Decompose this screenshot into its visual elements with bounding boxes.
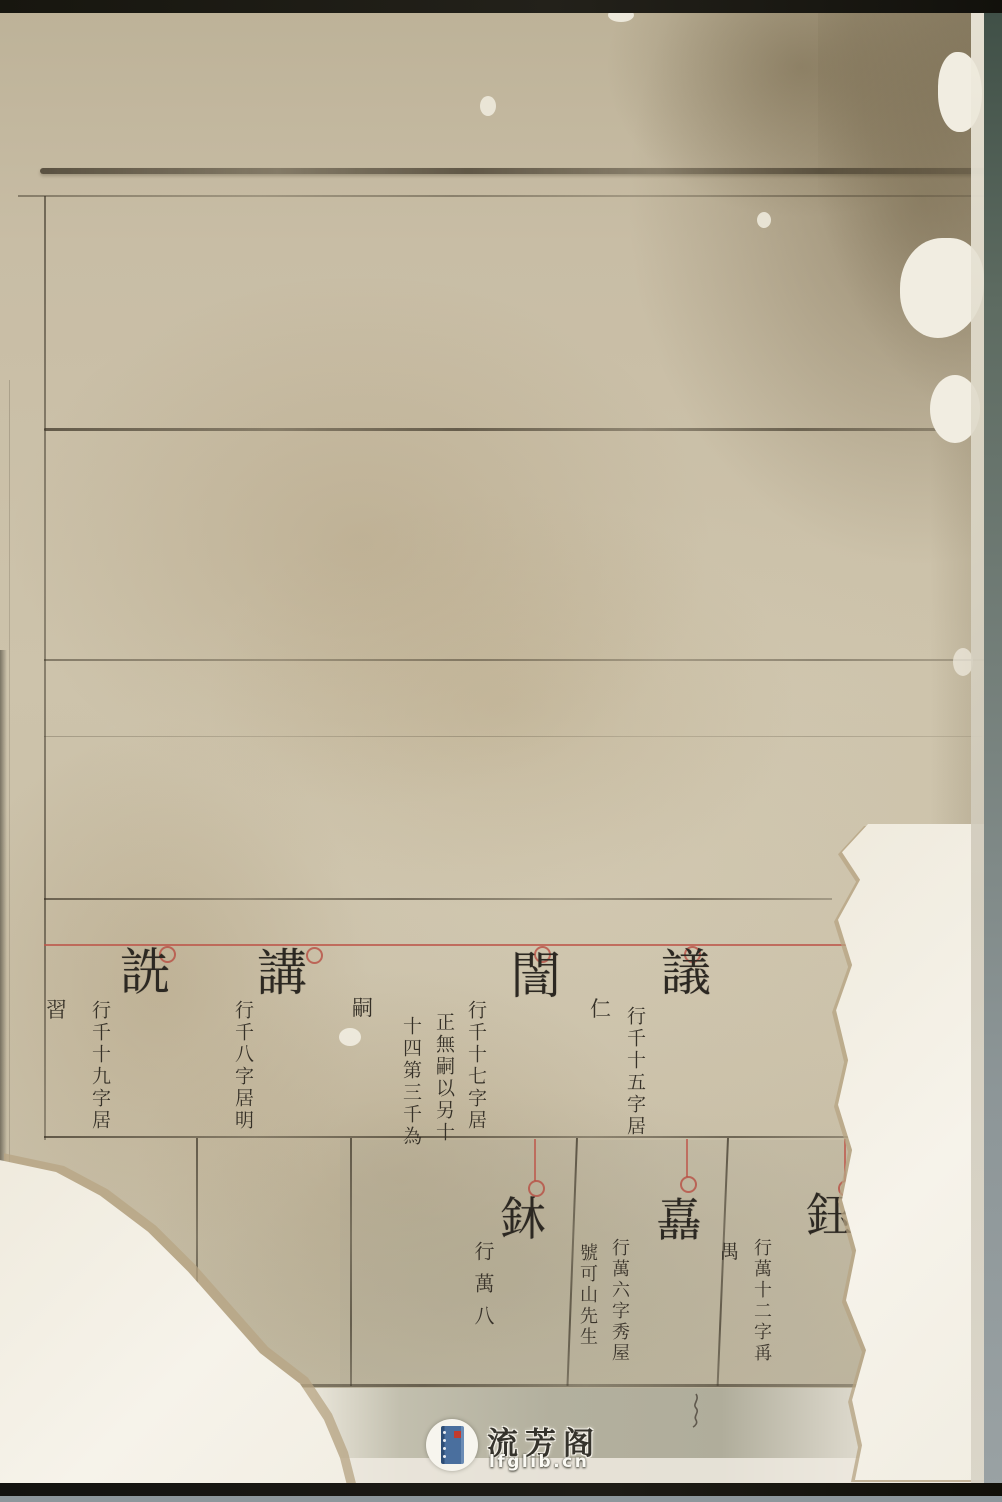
upper-column-2-annotation: 正無嗣以另十 [434,1012,453,1144]
scan-bottom-edge [0,1483,1002,1497]
ruled-line-4 [44,736,982,737]
scanner-margin-right [984,0,1002,1502]
scan-bottom-margin [0,1496,1002,1502]
upper-column-2-annotation: 十四第三千為 [401,1016,420,1148]
red-marker-circle [306,947,323,964]
watermark-badge [426,1419,478,1471]
upper-column-1-annotation: 行千十五字居 [625,1006,644,1138]
upper-column-2-generation-char: 誾 [511,951,561,1001]
lower-column-2-generation-char: 嚞 [656,1197,702,1243]
upper-column-1-generation-char: 議 [661,948,711,998]
ruled-line-5 [44,898,832,900]
watermark-domain: lfglib.cn [489,1452,589,1472]
ruled-line-top-thin [18,195,984,197]
upper-column-4-name-char: 習 [46,1000,67,1021]
scanned-genealogy-page: 議 行千十五字居 仁 誾 行千十七字居 正無嗣以另十 十四第三千為 嗣 講 行千… [0,0,1002,1502]
torn-patch [339,1028,361,1046]
lower-column-2-annotation: 號可山先生 [578,1243,596,1348]
watermark: 流芳阁 lfglib.cn [420,1412,750,1482]
lower-column-3-generation-char: 鈢 [500,1196,546,1242]
lower-column-divider-2 [350,1138,352,1386]
red-marker-thread [686,1139,688,1177]
seal-icon [454,1431,461,1438]
lower-column-1-annotation: 行萬十二字爯 [752,1238,770,1364]
upper-column-2-annotation-end: 嗣 [352,998,373,1019]
book-icon [441,1426,464,1464]
ruled-line-2 [44,428,962,431]
upper-column-1-name-char: 仁 [590,999,611,1020]
lower-column-3-annotation: 行萬八 [473,1241,493,1337]
upper-column-4-generation-char: 詵 [120,947,170,997]
red-marker-circle [680,1176,697,1193]
lower-column-2-annotation: 行萬六字秀屋 [610,1238,628,1364]
torn-patch [757,212,771,228]
upper-column-4-annotation: 行千十九字居 [90,1000,109,1132]
torn-patch [953,648,973,676]
page-stack-edge [971,10,985,1484]
scan-top-edge [0,0,1002,13]
ruled-line-top-thick [40,168,990,174]
lower-column-1-name-char: 禺 [720,1243,739,1262]
torn-patch [480,96,496,116]
ruled-line-3 [44,659,988,661]
red-marker-thread [534,1139,536,1181]
upper-column-3-annotation: 行千八字居明 [233,1000,252,1132]
upper-table-bottom-line [44,1136,886,1138]
upper-column-2-annotation: 行千十七字居 [466,1000,485,1132]
upper-column-3-generation-char: 講 [257,948,307,998]
